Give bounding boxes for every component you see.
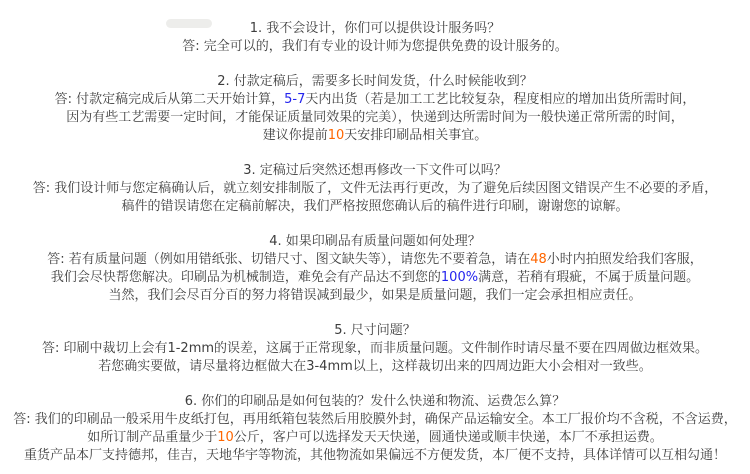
answer-text: 答: 若有质量问题（例如用错纸张、切错尺寸、图文缺失等），请您先不要着急，请在 <box>47 252 530 267</box>
faq-section: 6. 你们的印刷品是如何包装的？发什么快递和物流、运费怎么算？ 答: 我们的印刷… <box>0 393 750 465</box>
faq-question: 5. 尺寸问题？ <box>0 322 750 340</box>
answer-text: 答: 印刷中裁切上会有1-2mm的误差，这属于正常现象，而非质量问题。文件制作时… <box>42 341 708 356</box>
highlight-number: 100% <box>441 270 478 285</box>
answer-text: 天内出货（若是加工工艺比较复杂，程度相应的增加出货所需时间， <box>305 92 695 107</box>
answer-text: 答: 完全可以的，我们有专业的设计师为您提供免费的设计服务的。 <box>182 39 568 54</box>
faq-answer-line: 答: 付款定稿完成后从第二天开始计算，5-7天内出货（若是加工工艺比较复杂，程度… <box>0 91 750 109</box>
faq-question: 6. 你们的印刷品是如何包装的？发什么快递和物流、运费怎么算？ <box>0 393 750 411</box>
faq-answer-line: 当然，我们会尽百分百的努力将错误减到最少，如果是质量问题，我们一定会承担相应责任… <box>0 287 750 305</box>
answer-text: 公斤，客户可以选择发天天快递，圆通快递或顺丰快递，本厂不承担运费。 <box>234 430 663 445</box>
faq-answers: 答: 若有质量问题（例如用错纸张、切错尺寸、图文缺失等），请您先不要着急，请在4… <box>0 251 750 305</box>
answer-text: 满意，若稍有瑕疵，不属于质量问题。 <box>478 270 699 285</box>
faq-question: 1. 我不会设计，你们可以提供设计服务吗？ <box>0 20 750 38</box>
faq-answer-line: 答: 印刷中裁切上会有1-2mm的误差，这属于正常现象，而非质量问题。文件制作时… <box>0 340 750 358</box>
faq-question: 3. 定稿过后突然还想再修改一下文件可以吗？ <box>0 162 750 180</box>
faq-answer-line: 答: 我们的印刷品一般采用牛皮纸打包，再用纸箱包装然后用胶膜外封，确保产品运输安… <box>0 411 750 429</box>
faq-answers: 答: 完全可以的，我们有专业的设计师为您提供免费的设计服务的。 <box>0 38 750 56</box>
faq-answer-line: 答: 我们设计师与您定稿确认后，就立刻安排制版了，文件无法再行更改，为了避免后续… <box>0 180 750 198</box>
faq-section: 5. 尺寸问题？ 答: 印刷中裁切上会有1-2mm的误差，这属于正常现象，而非质… <box>0 322 750 376</box>
highlight-number: 48 <box>530 252 547 267</box>
faq-section: 2. 付款定稿后，需要多长时间发货，什么时候能收到？ 答: 付款定稿完成后从第二… <box>0 73 750 145</box>
answer-text: 我们会尽快帮您解决。印刷品为机械制造，难免会有产品达不到您的 <box>51 270 441 285</box>
faq-answer-line: 答: 若有质量问题（例如用错纸张、切错尺寸、图文缺失等），请您先不要着急，请在4… <box>0 251 750 269</box>
answer-text: 因为有些工艺需要一定时间，才能保证质量同效果的完美），快递到达所需时间为一般快递… <box>66 110 684 125</box>
faq-answers: 答: 我们设计师与您定稿确认后，就立刻安排制版了，文件无法再行更改，为了避免后续… <box>0 180 750 216</box>
answer-text: 建议你提前 <box>263 128 328 143</box>
faq-answer-line: 若您确实要做，请尽量将边框做大在3-4mm以上，这样裁切出来的四周边距大小会相对… <box>0 358 750 376</box>
faq-answer-line: 稿件的错误请您在定稿前解决，我们严格按照您确认后的稿件进行印刷，谢谢您的谅解。 <box>0 198 750 216</box>
highlight-number: 5-7 <box>284 92 305 107</box>
faq-answer-line: 重货产品本厂支持德邦，佳吉，天地华宇等物流，其他物流如果偏远不方便发货，本厂便不… <box>0 447 750 465</box>
faq-answer-line: 因为有些工艺需要一定时间，才能保证质量同效果的完美），快递到达所需时间为一般快递… <box>0 109 750 127</box>
faq-answers: 答: 印刷中裁切上会有1-2mm的误差，这属于正常现象，而非质量问题。文件制作时… <box>0 340 750 376</box>
faq-section: 4. 如果印刷品有质量问题如何处理？ 答: 若有质量问题（例如用错纸张、切错尺寸… <box>0 233 750 305</box>
faq-answers: 答: 我们的印刷品一般采用牛皮纸打包，再用纸箱包装然后用胶膜外封，确保产品运输安… <box>0 411 750 465</box>
faq-answer-line: 答: 完全可以的，我们有专业的设计师为您提供免费的设计服务的。 <box>0 38 750 56</box>
faq-answer-line: 我们会尽快帮您解决。印刷品为机械制造，难免会有产品达不到您的100%满意，若稍有… <box>0 269 750 287</box>
faq-section: 3. 定稿过后突然还想再修改一下文件可以吗？ 答: 我们设计师与您定稿确认后，就… <box>0 162 750 216</box>
faq-answers: 答: 付款定稿完成后从第二天开始计算，5-7天内出货（若是加工工艺比较复杂，程度… <box>0 91 750 145</box>
answer-text: 答: 付款定稿完成后从第二天开始计算， <box>55 92 285 107</box>
answer-text: 如所订制产品重量少于 <box>87 430 217 445</box>
answer-text: 稿件的错误请您在定稿前解决，我们严格按照您确认后的稿件进行印刷，谢谢您的谅解。 <box>121 199 628 214</box>
answer-text: 若您确实要做，请尽量将边框做大在3-4mm以上，这样裁切出来的四周边距大小会相对… <box>98 359 652 374</box>
answer-text: 小时内拍照发给我们客服， <box>547 252 703 267</box>
faq-question: 4. 如果印刷品有质量问题如何处理？ <box>0 233 750 251</box>
answer-text: 重货产品本厂支持德邦，佳吉，天地华宇等物流，其他物流如果偏远不方便发货，本厂便不… <box>24 448 726 463</box>
answer-text: 答: 我们设计师与您定稿确认后，就立刻安排制版了，文件无法再行更改，为了避免后续… <box>33 181 718 196</box>
highlight-number: 10 <box>217 430 234 445</box>
faq-section: 1. 我不会设计，你们可以提供设计服务吗？ 答: 完全可以的，我们有专业的设计师… <box>0 20 750 56</box>
faq-page: 1. 我不会设计，你们可以提供设计服务吗？ 答: 完全可以的，我们有专业的设计师… <box>0 0 750 465</box>
faq-answer-line: 如所订制产品重量少于10公斤，客户可以选择发天天快递，圆通快递或顺丰快递，本厂不… <box>0 429 750 447</box>
answer-text: 天安排印刷品相关事宜。 <box>344 128 487 143</box>
highlight-number: 10 <box>328 128 345 143</box>
answer-text: 答: 我们的印刷品一般采用牛皮纸打包，再用纸箱包装然后用胶膜外封，确保产品运输安… <box>13 412 737 427</box>
answer-text: 当然，我们会尽百分百的努力将错误减到最少，如果是质量问题，我们一定会承担相应责任… <box>108 288 641 303</box>
faq-list: 1. 我不会设计，你们可以提供设计服务吗？ 答: 完全可以的，我们有专业的设计师… <box>0 20 750 465</box>
faq-answer-line: 建议你提前10天安排印刷品相关事宜。 <box>0 127 750 145</box>
faq-question: 2. 付款定稿后，需要多长时间发货，什么时候能收到？ <box>0 73 750 91</box>
watermark-artifact <box>166 19 212 28</box>
